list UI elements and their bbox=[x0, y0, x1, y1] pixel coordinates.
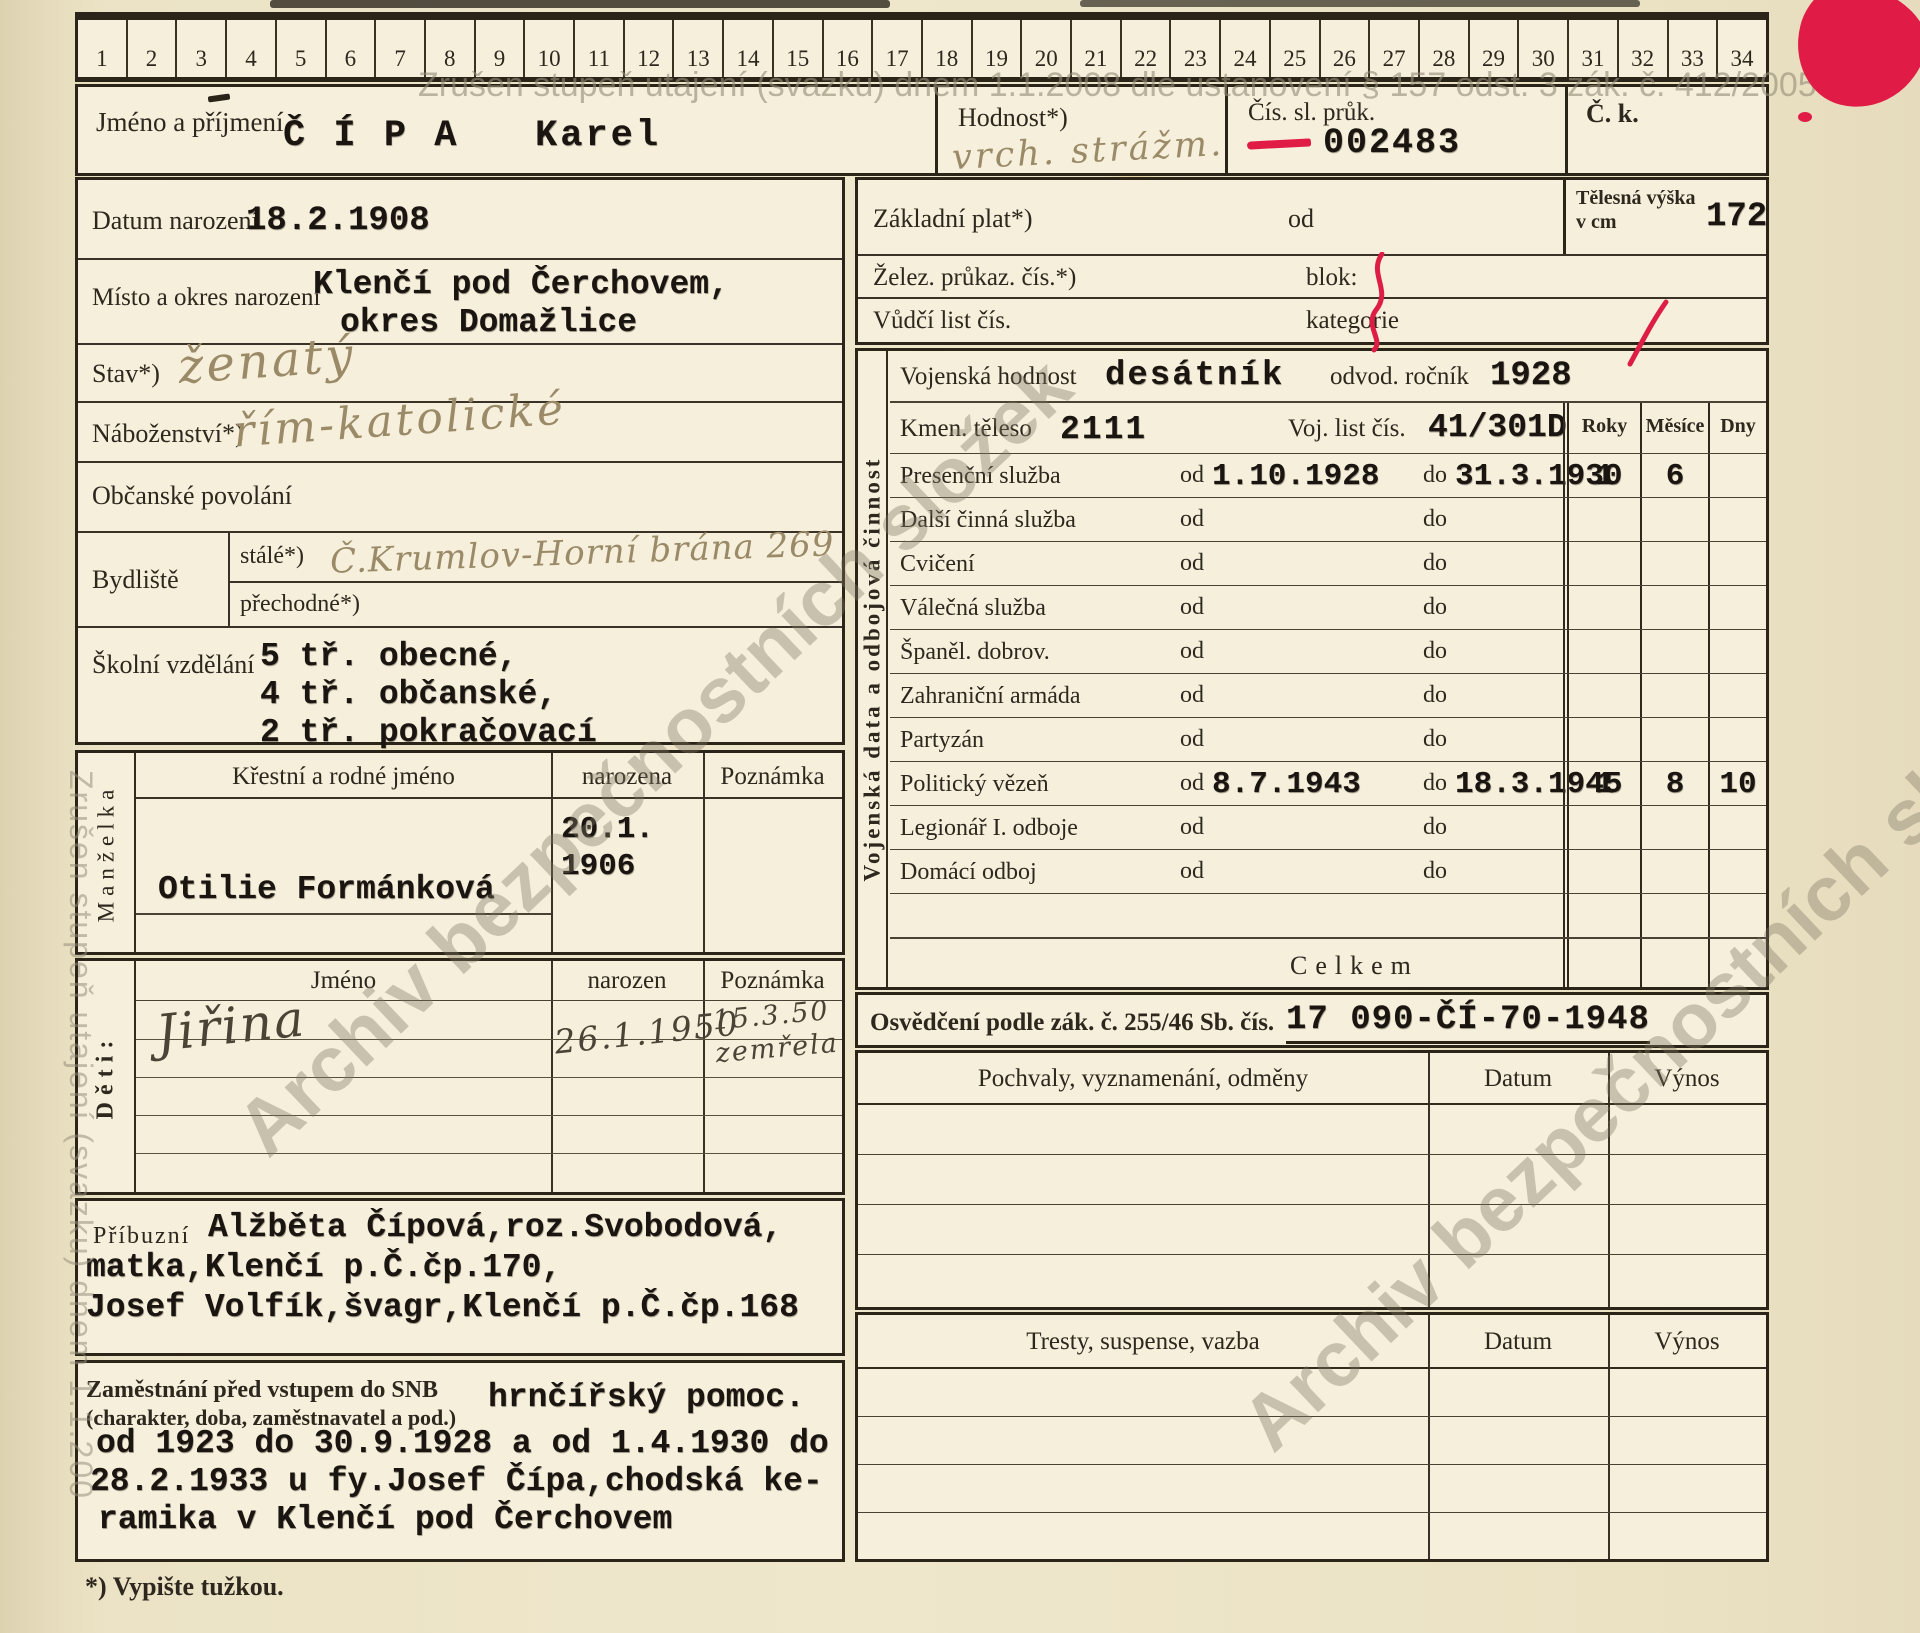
ruler-row: 1234567891011121314151617181920212223242… bbox=[75, 12, 1769, 82]
drivers-license-label: Vůdčí list čís. bbox=[873, 307, 1011, 335]
penalties-col1-header: Tresty, suspense, vazba bbox=[858, 1328, 1428, 1356]
wife-col-note: Poznámka bbox=[703, 763, 842, 791]
od-value: 8.7.1943 bbox=[1212, 767, 1417, 802]
military-vertical-strip: Vojenská data a odbojová činnost bbox=[858, 351, 888, 987]
ruler-number: 5 bbox=[277, 20, 327, 77]
birth-place-line1: Klenčí pod Čerchovem, bbox=[313, 266, 729, 303]
service-dates: oddo bbox=[1180, 635, 1461, 670]
military-service-row: Legionář I. odboje oddo bbox=[890, 805, 1766, 849]
relatives-label: Příbuzní bbox=[93, 1223, 190, 1250]
awards-header-row: Pochvaly, vyznamenání, odměny Datum Výno… bbox=[858, 1053, 1766, 1105]
military-vertical-label: Vojenská data a odbojová činnost bbox=[859, 457, 885, 882]
ruler-number: 28 bbox=[1420, 20, 1470, 77]
marital-status-label: Stav*) bbox=[92, 359, 160, 389]
birth-date-value: 18.2.1908 bbox=[246, 202, 430, 240]
residence-permanent-value: Č.Krumlov-Horní brána 269 bbox=[329, 524, 835, 582]
years-value bbox=[1563, 718, 1640, 761]
ruler-number: 1 bbox=[78, 20, 128, 77]
scan-edge-smudge bbox=[1080, 0, 1640, 7]
military-service-row: Válečná služba oddo bbox=[890, 585, 1766, 629]
military-rank-label: Vojenská hodnost bbox=[900, 363, 1077, 391]
ruler-number: 25 bbox=[1271, 20, 1321, 77]
awards-col3-header: Výnos bbox=[1608, 1065, 1766, 1093]
days-value bbox=[1708, 894, 1766, 937]
awards-empty-row bbox=[858, 1105, 1766, 1155]
months-value bbox=[1640, 542, 1708, 585]
red-ink-dot bbox=[1798, 112, 1812, 122]
relatives-section: Příbuzní Alžběta Čípová,roz.Svobodová, m… bbox=[75, 1198, 845, 1356]
children-col-note: Poznámka bbox=[703, 967, 842, 995]
military-section: Vojenská data a odbojová činnost Vojensk… bbox=[855, 348, 1769, 990]
service-type-label: Válečná služba bbox=[900, 595, 1046, 622]
military-unit-value: 2111 bbox=[1060, 411, 1147, 448]
ruler-number: 23 bbox=[1171, 20, 1221, 77]
ruler-number: 21 bbox=[1072, 20, 1122, 77]
days-value: 10 bbox=[1708, 762, 1766, 805]
military-service-row: Presenční služba od1.10.1928do31.3.1930 … bbox=[890, 453, 1766, 497]
awards-empty-row bbox=[858, 1205, 1766, 1255]
od-label: od bbox=[1180, 550, 1204, 576]
service-dates: od8.7.1943do18.3.1945 bbox=[1180, 767, 1628, 802]
months-value bbox=[1640, 630, 1708, 673]
ruler-number: 19 bbox=[973, 20, 1023, 77]
od-label: od bbox=[1180, 594, 1204, 620]
penalties-table: Tresty, suspense, vazba Datum Výnos bbox=[855, 1312, 1769, 1562]
ruler-number: 12 bbox=[625, 20, 675, 77]
months-value bbox=[1640, 586, 1708, 629]
years-value bbox=[1563, 498, 1640, 541]
ruler-number: 7 bbox=[376, 20, 426, 77]
military-service-row: Další činná služba oddo bbox=[890, 497, 1766, 541]
years-value bbox=[1563, 806, 1640, 849]
wife-section: Manželka Křestní a rodné jméno narozena … bbox=[75, 750, 845, 955]
do-label: do bbox=[1423, 682, 1447, 708]
wife-vertical-strip: Manželka bbox=[78, 753, 136, 952]
months-value bbox=[1640, 498, 1708, 541]
days-value bbox=[1708, 630, 1766, 673]
days-value bbox=[1708, 806, 1766, 849]
body-height-label: Tělesná výška v cm bbox=[1576, 186, 1696, 234]
penalties-empty-row bbox=[858, 1369, 1766, 1417]
service-type-label: Legionář I. odboje bbox=[900, 815, 1078, 842]
certificate-value: 17 090-ČÍ-70-1948 bbox=[1286, 1001, 1650, 1044]
service-type-label: Domácí odboj bbox=[900, 859, 1037, 886]
birth-date-label: Datum narození bbox=[92, 206, 259, 236]
ruler-number: 26 bbox=[1321, 20, 1371, 77]
penalties-col2-header: Datum bbox=[1428, 1328, 1608, 1356]
service-dates: od1.10.1928do31.3.1930 bbox=[1180, 459, 1628, 494]
service-type-label: Politický vězeň bbox=[900, 771, 1049, 798]
do-label: do bbox=[1423, 550, 1447, 576]
service-type-label: Zahraniční armáda bbox=[900, 683, 1081, 710]
ruler-number: 34 bbox=[1718, 20, 1766, 77]
ruler-number: 17 bbox=[873, 20, 923, 77]
relatives-line3: Josef Volfík,švagr,Klenčí p.Č.čp.168 bbox=[86, 1289, 799, 1326]
do-label: do bbox=[1423, 506, 1447, 532]
education-line3: 2 tř. pokračovací bbox=[260, 714, 597, 751]
service-dates: oddo bbox=[1180, 811, 1461, 846]
wife-header-row: Křestní a rodné jméno narozena Poznámka bbox=[136, 753, 842, 799]
education-row: Školní vzdělání 5 tř. obecné, 4 tř. obča… bbox=[78, 628, 842, 742]
od-label: od bbox=[1180, 858, 1204, 884]
name-value: Č Í P A Karel bbox=[283, 115, 661, 157]
ink-speck bbox=[208, 93, 231, 102]
ruler-number: 18 bbox=[923, 20, 973, 77]
days-value bbox=[1708, 498, 1766, 541]
rank-label: Hodnost*) bbox=[958, 103, 1068, 133]
ruler-number: 10 bbox=[525, 20, 575, 77]
wife-born-value: 20.1. 1906 bbox=[561, 811, 654, 885]
service-type-label: Další činná služba bbox=[900, 507, 1076, 534]
wife-section-label: Manželka bbox=[93, 783, 119, 922]
wife-row-line bbox=[136, 913, 551, 915]
military-unit-row: Kmen. těleso 2111 Voj. list čís. 41/301D… bbox=[890, 401, 1766, 453]
ruler-number: 3 bbox=[177, 20, 227, 77]
children-section: Děti: Jméno narozen Poznámka Jiřina 26.1… bbox=[75, 958, 845, 1195]
ruler-number: 9 bbox=[476, 20, 526, 77]
months-value bbox=[1640, 894, 1708, 937]
relatives-line2: matka,Klenčí p.Č.čp.170, bbox=[86, 1249, 561, 1286]
rail-pass-label: Želez. průkaz. čís.*) bbox=[873, 264, 1076, 292]
days-value bbox=[1708, 674, 1766, 717]
years-value bbox=[1563, 850, 1640, 893]
wife-name-value: Otilie Formánková bbox=[158, 871, 495, 908]
total-years bbox=[1563, 939, 1640, 987]
service-dates bbox=[1180, 899, 1413, 934]
salary-label: Základní plat*) bbox=[873, 204, 1033, 234]
awards-col2-header: Datum bbox=[1428, 1065, 1608, 1093]
od-label: od bbox=[1180, 770, 1204, 796]
military-service-rows: Presenční služba od1.10.1928do31.3.1930 … bbox=[890, 453, 1766, 937]
od-label: od bbox=[1180, 506, 1204, 532]
ruler-number: 8 bbox=[426, 20, 476, 77]
children-row-line bbox=[136, 1077, 842, 1078]
employment-section: Zaměstnání před vstupem do SNB (charakte… bbox=[75, 1360, 845, 1562]
residence-subline bbox=[228, 581, 842, 583]
red-ink-blob bbox=[1784, 0, 1920, 122]
months-value bbox=[1640, 850, 1708, 893]
children-vertical-strip: Děti: bbox=[78, 961, 136, 1192]
employment-value-line4: ramika v Klenčí pod Čerchovem bbox=[98, 1501, 672, 1538]
birth-place-line2: okres Domažlice bbox=[340, 304, 637, 341]
months-value: 6 bbox=[1640, 454, 1708, 497]
penalties-col3-header: Výnos bbox=[1608, 1328, 1766, 1356]
do-label: do bbox=[1423, 858, 1447, 884]
military-service-row: Cvičení oddo bbox=[890, 541, 1766, 585]
awards-col1-header: Pochvaly, vyznamenání, odměny bbox=[858, 1065, 1428, 1093]
personal-data-box: Datum narození 18.2.1908 Místo a okres n… bbox=[75, 177, 845, 745]
od-label: od bbox=[1180, 682, 1204, 708]
marital-status-value: ženatý bbox=[176, 327, 357, 395]
certificate-row: Osvědčení podle zák. č. 255/46 Sb. čís. … bbox=[855, 992, 1769, 1048]
od-label: od bbox=[1180, 814, 1204, 840]
service-dates: oddo bbox=[1180, 591, 1461, 626]
days-value bbox=[1708, 586, 1766, 629]
ruler-number: 15 bbox=[774, 20, 824, 77]
education-label: Školní vzdělání bbox=[92, 650, 254, 680]
child-note-value: 15.3.50 zemřela bbox=[711, 994, 840, 1071]
do-label: do bbox=[1423, 462, 1447, 488]
ruler-number: 11 bbox=[575, 20, 625, 77]
military-service-row: Politický vězeň od8.7.1943do18.3.1945 1 … bbox=[890, 761, 1766, 805]
ruler-number: 33 bbox=[1669, 20, 1719, 77]
children-col-name: Jméno bbox=[136, 967, 551, 995]
military-service-row bbox=[890, 893, 1766, 937]
red-ink-check bbox=[1622, 298, 1672, 370]
ruler-number: 16 bbox=[824, 20, 874, 77]
military-unit-label: Kmen. těleso bbox=[900, 415, 1032, 443]
religion-label: Náboženství*) bbox=[92, 419, 244, 449]
years-value: 1 bbox=[1563, 454, 1640, 497]
do-label: do bbox=[1423, 638, 1447, 664]
birth-place-row: Místo a okres narození Klenčí pod Čercho… bbox=[78, 260, 842, 345]
occupation-row: Občanské povolání bbox=[78, 463, 842, 533]
ruler-number: 31 bbox=[1569, 20, 1619, 77]
years-value: 1 bbox=[1563, 762, 1640, 805]
service-type-label: Španěl. dobrov. bbox=[900, 639, 1050, 666]
salary-row: Základní plat*) od Tělesná výška v cm 17… bbox=[858, 180, 1766, 256]
children-table: Jméno narozen Poznámka Jiřina 26.1.1950 … bbox=[136, 961, 842, 1192]
residence-label: Bydliště bbox=[92, 565, 179, 595]
draft-year-label: odvod. ročník bbox=[1330, 363, 1469, 391]
ruler-number: 14 bbox=[724, 20, 774, 77]
months-value bbox=[1640, 674, 1708, 717]
service-type-label: Cvičení bbox=[900, 551, 975, 578]
col-months-header: Měsíce bbox=[1640, 403, 1708, 453]
employment-value-line3: 28.2.1933 u fy.Josef Čípa,chodská ke- bbox=[90, 1463, 823, 1500]
military-service-row: Zahraniční armáda oddo bbox=[890, 673, 1766, 717]
residence-permanent-label: stálé*) bbox=[240, 543, 304, 570]
od-label: od bbox=[1180, 726, 1204, 752]
military-service-row: Partyzán oddo bbox=[890, 717, 1766, 761]
residence-row: Bydliště stálé*) Č.Krumlov-Horní brána 2… bbox=[78, 533, 842, 628]
col-years-header: Roky bbox=[1563, 403, 1640, 453]
scan-edge-smudge bbox=[270, 0, 890, 8]
children-row-line bbox=[136, 1153, 842, 1154]
scanned-personnel-card: 1234567891011121314151617181920212223242… bbox=[0, 0, 1920, 1633]
residence-divider bbox=[228, 533, 230, 626]
ck-cell: Č. k. bbox=[1568, 87, 1766, 173]
ruler-number: 32 bbox=[1619, 20, 1669, 77]
penalties-empty-row bbox=[858, 1513, 1766, 1559]
penalties-empty-row bbox=[858, 1465, 1766, 1513]
years-value bbox=[1563, 586, 1640, 629]
months-value bbox=[1640, 718, 1708, 761]
relatives-line1: Alžběta Čípová,roz.Svobodová, bbox=[208, 1209, 782, 1246]
awards-empty-row bbox=[858, 1255, 1766, 1307]
ruler-number: 6 bbox=[327, 20, 377, 77]
employment-value-line1: hrnčířský pomoc. bbox=[488, 1379, 805, 1416]
draft-year-value: 1928 bbox=[1490, 357, 1572, 395]
days-value bbox=[1708, 454, 1766, 497]
ruler-number: 30 bbox=[1519, 20, 1569, 77]
military-total-row: Celkem bbox=[890, 937, 1766, 987]
employment-label-line1: Zaměstnání před vstupem do SNB bbox=[86, 1377, 438, 1404]
od-label: od bbox=[1180, 638, 1204, 664]
children-row-line bbox=[136, 1115, 842, 1116]
religion-row: Náboženství*) řím-katolické bbox=[78, 403, 842, 463]
service-type-label: Presenční služba bbox=[900, 463, 1061, 490]
days-value bbox=[1708, 850, 1766, 893]
penalties-header-row: Tresty, suspense, vazba Datum Výnos bbox=[858, 1315, 1766, 1369]
education-line1: 5 tř. obecné, bbox=[260, 638, 517, 675]
ruler-number: 22 bbox=[1122, 20, 1172, 77]
service-id-value: 002483 bbox=[1323, 123, 1461, 163]
days-value bbox=[1708, 718, 1766, 761]
od-value: 1.10.1928 bbox=[1212, 459, 1417, 494]
military-table: Vojenská hodnost desátník odvod. ročník … bbox=[890, 351, 1766, 987]
ruler-number: 13 bbox=[674, 20, 724, 77]
awards-empty-row bbox=[858, 1155, 1766, 1205]
do-label: do bbox=[1423, 594, 1447, 620]
years-value bbox=[1563, 894, 1640, 937]
blok-label: blok: bbox=[1306, 264, 1357, 292]
wife-col-born: narozena bbox=[551, 763, 703, 791]
od-label: od bbox=[1180, 462, 1204, 488]
ruler-number: 4 bbox=[227, 20, 277, 77]
employment-value-line2: od 1923 do 30.9.1928 a od 1.4.1930 do bbox=[96, 1425, 829, 1462]
service-dates: oddo bbox=[1180, 855, 1461, 890]
ck-label: Č. k. bbox=[1586, 99, 1639, 129]
residence-temporary-label: přechodné*) bbox=[240, 591, 360, 618]
penalties-empty-row bbox=[858, 1417, 1766, 1465]
military-service-row: Domácí odboj oddo bbox=[890, 849, 1766, 893]
military-rank-value: desátník bbox=[1105, 357, 1284, 395]
total-label: Celkem bbox=[1290, 951, 1419, 981]
children-col-born: narozen bbox=[551, 967, 703, 995]
certificate-label: Osvědčení podle zák. č. 255/46 Sb. čís. bbox=[870, 1009, 1274, 1037]
children-section-label: Děti: bbox=[93, 1034, 120, 1120]
service-dates: oddo bbox=[1180, 503, 1461, 538]
wife-col-name: Křestní a rodné jméno bbox=[136, 763, 551, 791]
service-dates: oddo bbox=[1180, 547, 1461, 582]
birth-place-label: Místo a okres narození bbox=[92, 284, 320, 312]
name-label: Jméno a příjmení bbox=[96, 107, 283, 138]
header-band: Jméno a příjmení Č Í P A Karel Hodnost*)… bbox=[75, 84, 1769, 176]
footnote: *) Vypište tužkou. bbox=[85, 1572, 284, 1602]
occupation-label: Občanské povolání bbox=[92, 481, 292, 511]
red-ink-squiggle bbox=[1362, 252, 1396, 354]
name-cell: Jméno a příjmení Č Í P A Karel bbox=[78, 87, 938, 173]
military-list-label: Voj. list čís. bbox=[1288, 415, 1406, 443]
awards-table: Pochvaly, vyznamenání, odměny Datum Výno… bbox=[855, 1050, 1769, 1310]
ruler-number: 2 bbox=[128, 20, 178, 77]
col-days-header: Dny bbox=[1708, 403, 1766, 453]
ruler-number: 20 bbox=[1022, 20, 1072, 77]
ruler-number: 27 bbox=[1370, 20, 1420, 77]
service-id-cell: Čís. sl. průk. 002483 bbox=[1228, 87, 1568, 173]
service-dates: oddo bbox=[1180, 679, 1461, 714]
total-days bbox=[1708, 939, 1766, 987]
rail-pass-row: Želez. průkaz. čís.*) blok: bbox=[858, 256, 1766, 299]
military-list-value: 41/301D bbox=[1428, 409, 1567, 446]
military-service-row: Španěl. dobrov. oddo bbox=[890, 629, 1766, 673]
body-height-value: 172 bbox=[1706, 198, 1767, 236]
wife-table: Křestní a rodné jméno narozena Poznámka … bbox=[136, 753, 842, 952]
months-value: 8 bbox=[1640, 762, 1708, 805]
service-type-label: Partyzán bbox=[900, 727, 984, 754]
do-label: do bbox=[1423, 814, 1447, 840]
birth-date-row: Datum narození 18.2.1908 bbox=[78, 180, 842, 260]
years-value bbox=[1563, 542, 1640, 585]
months-value bbox=[1640, 806, 1708, 849]
years-value bbox=[1563, 630, 1640, 673]
ruler-number: 24 bbox=[1221, 20, 1271, 77]
do-label: do bbox=[1423, 726, 1447, 752]
total-months bbox=[1640, 939, 1708, 987]
days-value bbox=[1708, 542, 1766, 585]
service-dates: oddo bbox=[1180, 723, 1461, 758]
education-line2: 4 tř. občanské, bbox=[260, 676, 557, 713]
body-height-cell: Tělesná výška v cm 172 bbox=[1563, 180, 1766, 254]
years-value bbox=[1563, 674, 1640, 717]
salary-od-label: od bbox=[1288, 204, 1314, 234]
do-label: do bbox=[1423, 770, 1447, 796]
rank-cell: Hodnost*) vrch. strážm. bbox=[938, 87, 1228, 173]
ruler-number: 29 bbox=[1470, 20, 1520, 77]
